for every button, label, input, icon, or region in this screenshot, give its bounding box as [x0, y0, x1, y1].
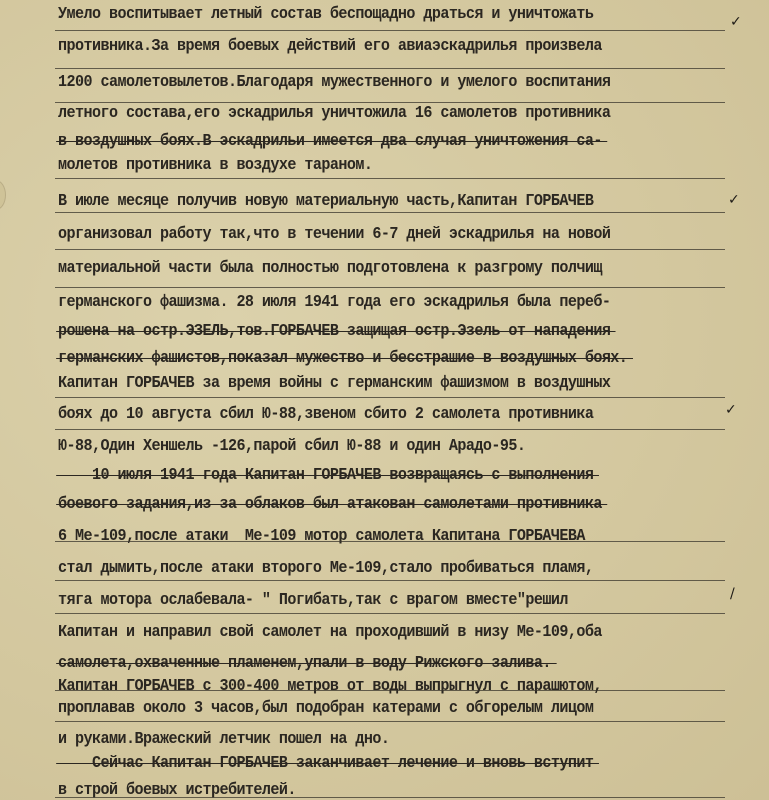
text-line-21: Капитан и направил свой самолет на прохо… [58, 622, 602, 641]
ruled-line [55, 178, 725, 179]
ruled-line [55, 287, 725, 288]
text-line-13: Капитан ГОРБАЧЕВ за время войны с герман… [58, 373, 610, 392]
text-line-4: летного состава,его эскадрилья уничтожил… [58, 103, 610, 122]
text-line-20: тяга мотора ослабевала- " Погибать,так с… [58, 590, 568, 609]
text-line-17: боевого задания,из за облаков был атаков… [58, 494, 602, 513]
pen-mark-icon: / [730, 586, 735, 602]
document-page: Умело воспитывает летный состав беспощад… [0, 0, 769, 800]
ruled-line [55, 580, 725, 581]
text-line-16: 10 июля 1941 года Капитан ГОРБАЧЕВ возвр… [58, 465, 593, 484]
text-line-25: и руками.Вражеский летчик пошел на дно. [58, 729, 389, 748]
ruled-line [55, 68, 725, 69]
ruled-line [55, 690, 725, 691]
ruled-line [55, 397, 725, 398]
text-line-10: германского фашизма. 28 июля 1941 года е… [58, 292, 610, 311]
text-line-3: 1200 самолетовылетов.Благодаря мужествен… [58, 72, 610, 91]
pen-mark-icon: ✓ [725, 402, 737, 418]
ruled-line [55, 721, 725, 722]
text-line-12: германских фашистов,показал мужество и б… [58, 348, 627, 367]
punch-hole [0, 180, 6, 210]
text-line-15: Ю-88,Один Хеншель -126,парой сбил Ю-88 и… [58, 436, 525, 455]
text-line-5: в воздушных боях.В эскадрильи имеется дв… [58, 131, 602, 150]
ruled-line [55, 429, 725, 430]
text-line-11: рошена на остр.ЭЗЕЛЬ,тов.ГОРБАЧЕВ защища… [58, 321, 610, 340]
text-line-6: молетов противника в воздухе тараном. [58, 155, 372, 174]
text-line-7: В июле месяце получив новую материальную… [58, 191, 593, 210]
pen-mark-icon: ✓ [728, 192, 740, 208]
text-line-18: 6 Ме-109,после атаки Ме-109 мотор самоле… [58, 526, 585, 545]
text-line-23: Капитан ГОРБАЧЕВ с 300-400 метров от вод… [58, 676, 602, 695]
text-line-14: боях до 10 августа сбил Ю-88,звеном сбит… [58, 404, 593, 423]
text-line-9: материальной части была полностью подгот… [58, 258, 602, 277]
text-line-22: самолета,охваченные пламенем,упали в вод… [58, 653, 551, 672]
text-line-19: стал дымить,после атаки второго Ме-109,с… [58, 558, 593, 577]
text-line-26: Сейчас Капитан ГОРБАЧЕВ заканчивает лече… [58, 753, 593, 772]
text-line-24: проплавав около 3 часов,был подобран кат… [58, 698, 593, 717]
text-line-1: Умело воспитывает летный состав беспощад… [58, 4, 593, 23]
ruled-line [55, 212, 725, 213]
ruled-line [55, 613, 725, 614]
text-line-8: организовал работу так,что в течении 6-7… [58, 224, 610, 243]
ruled-line [55, 249, 725, 250]
pen-mark-icon: ✓ [730, 14, 742, 30]
ruled-line [55, 541, 725, 542]
ruled-line [55, 30, 725, 31]
ruled-line [55, 797, 725, 798]
text-line-2: противника.За время боевых действий его … [58, 36, 602, 55]
